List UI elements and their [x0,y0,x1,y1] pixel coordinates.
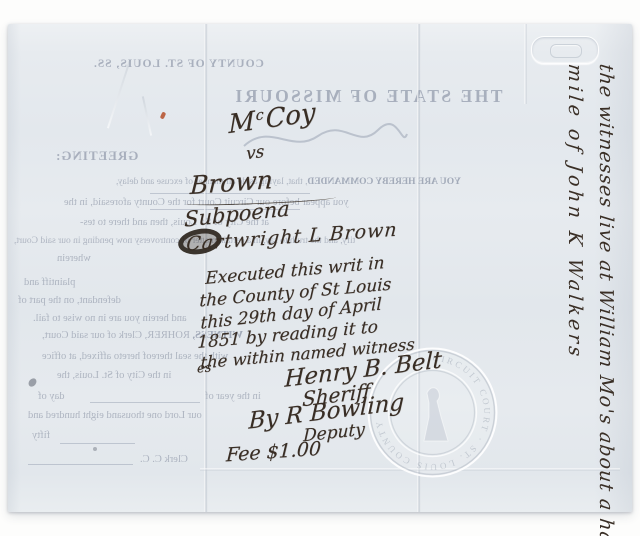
margin-note-line: the witnesses live at William Mo's about… [590,62,621,511]
defendant-name: Brown [189,165,273,200]
showthrough-line: defendant, on the part of [18,295,121,306]
showthrough-line: Clerk C. C. [140,454,188,465]
fee-note: Fee $1.00 [226,438,322,467]
showthrough-blank-rule [28,464,133,465]
embossed-stamp [531,36,599,64]
red-fiber-speck [160,111,167,119]
showthrough-line: our Lord one thousand eight hundred and [28,410,202,421]
dirt-speck [27,377,38,388]
return-line: es [197,360,212,376]
document-paper: COUNTY OF ST. LOUIS, SS. THE STATE OF MI… [8,24,632,512]
showthrough-greeting: GREETING: [55,148,138,164]
showthrough-line: YOU ARE HEREBY COMMANDED, that, laying a… [116,177,461,187]
versus-label: vs [246,142,264,165]
showthrough-line: and herein you are in no wise to fail. [33,313,187,324]
paper-wrinkle [142,96,152,136]
showthrough-line: in the City of St. Louis, the [57,370,171,381]
showthrough-line: wherein [57,253,91,264]
showthrough-blank-rule [60,443,135,444]
showthrough-line: plaintiff and [24,277,75,288]
embossed-stamp-center [550,44,582,58]
showthrough-line: in the year of [205,391,261,402]
fold-crease-top [524,24,527,104]
showthrough-county-header: COUNTY OF ST. LOUIS, SS. [93,58,264,70]
showthrough-blank-rule [90,402,200,403]
showthrough-line: day of [38,391,65,402]
margin-note-line: mile of John K Walkers [559,62,590,511]
dirt-speck [93,447,97,451]
showthrough-line: fifty [32,430,50,441]
scan-background: COUNTY OF ST. LOUIS, SS. THE STATE OF MI… [0,0,640,536]
margin-note: the witnesses live at William Mo's about… [555,64,621,510]
